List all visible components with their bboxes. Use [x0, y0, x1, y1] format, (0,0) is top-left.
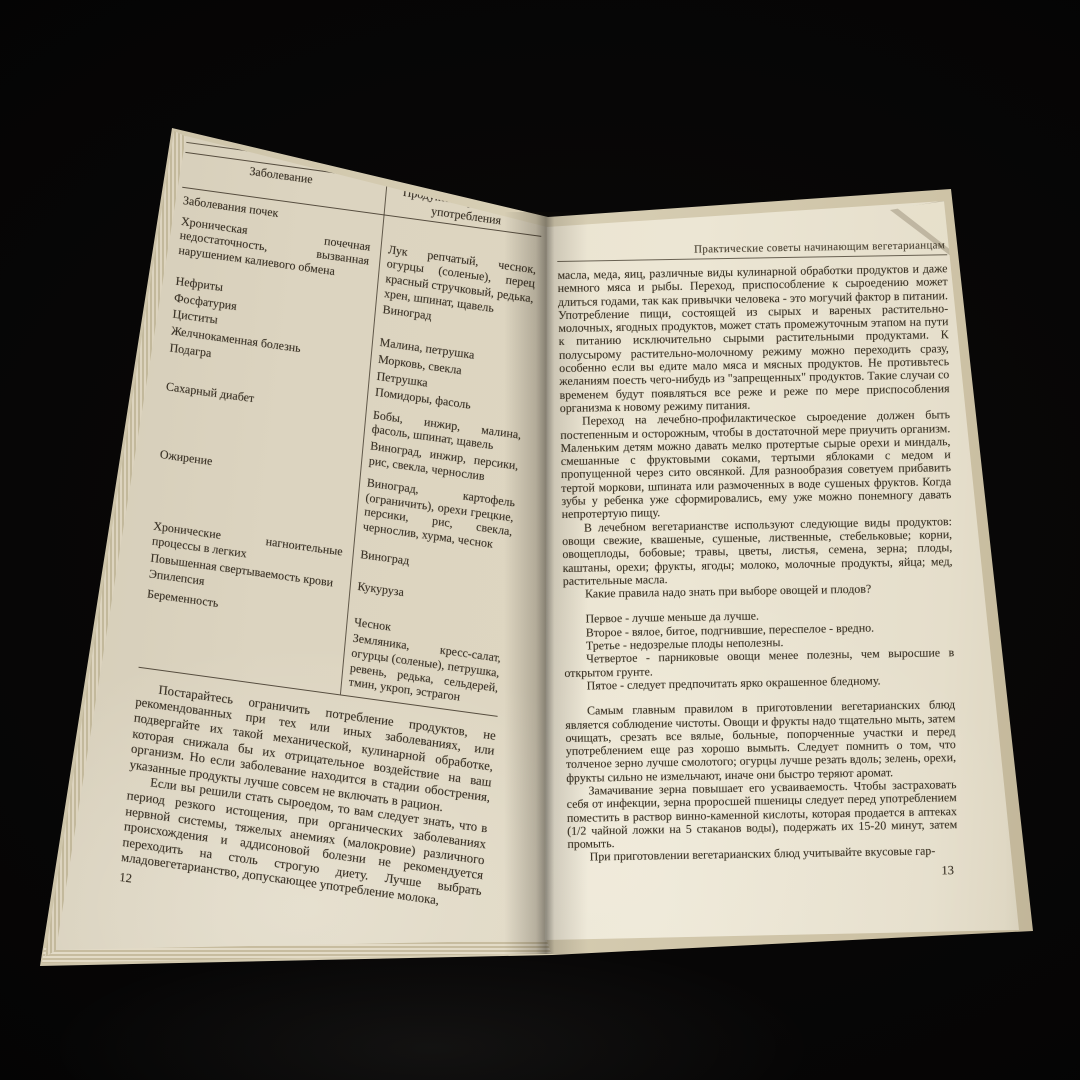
photo-background: Глава 1. Вегетарианство Заболевание Прод… — [0, 0, 1080, 1080]
right-paragraph-3: В лечебном вегетарианстве используют сле… — [562, 515, 953, 588]
right-running-header-text: Практические советы начинающим вегетариа… — [694, 239, 945, 255]
left-page-content: Глава 1. Вегетарианство Заболевание Прод… — [119, 124, 547, 934]
right-paragraph-1: масла, меда, яиц, различные виды кулинар… — [557, 262, 949, 415]
selection-rules-list: Первое - лучше меньше да лучше. Второе -… — [563, 607, 954, 694]
right-page-number: 13 — [568, 863, 958, 885]
table-body: Заболевания почек Хроническая почечная н… — [139, 188, 542, 716]
right-running-header: Практические советы начинающим вегетариа… — [557, 239, 947, 262]
right-paragraph-5: Замачивание зерна повышает его усваиваем… — [566, 778, 957, 851]
right-paragraph-2: Переход на лечебно-профилактическое сыро… — [560, 408, 952, 521]
right-paragraph-4: Самым главным правилом в приготовлении в… — [565, 698, 956, 785]
products-cell: Виноград, картофель (ограничить), орехи … — [354, 474, 517, 554]
right-page-content: Практические советы начинающим вегетариа… — [557, 239, 958, 884]
restricted-products-table: Заболевание Продукты ограниченного употр… — [139, 152, 545, 717]
